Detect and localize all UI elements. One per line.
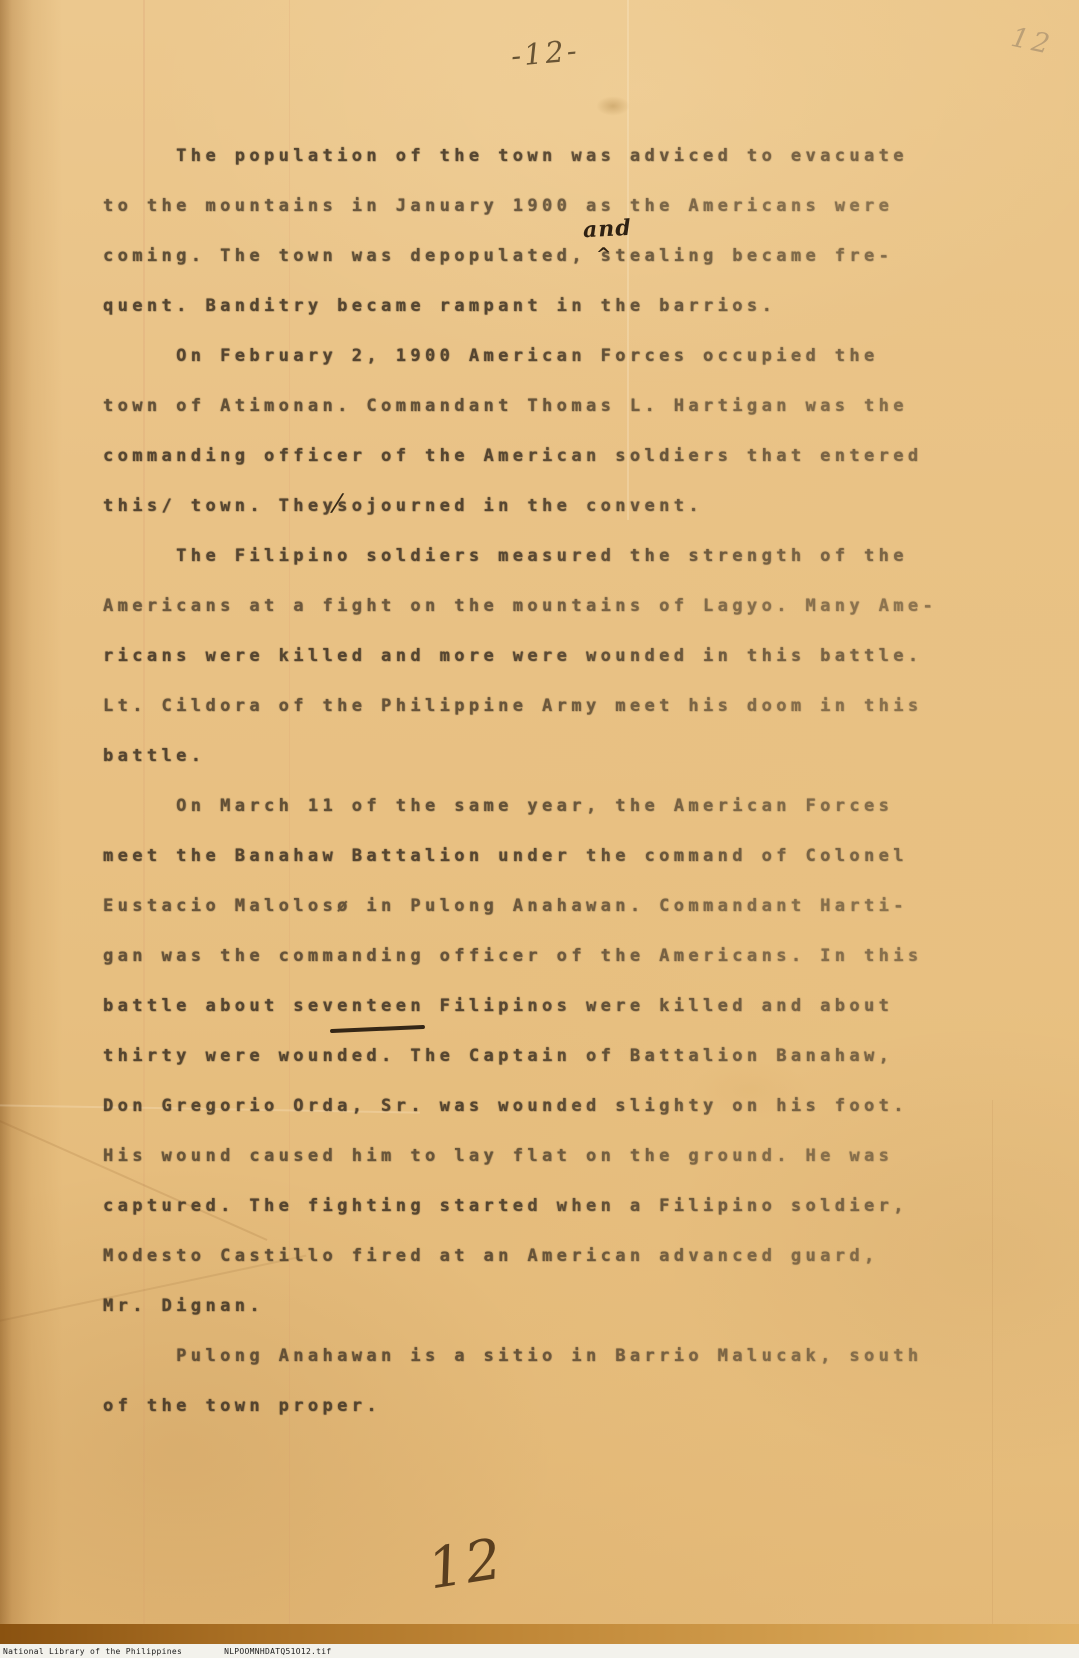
typed-line: Pulong Anahawan is a sitio in Barrio Mal… (103, 1331, 1003, 1381)
typed-line: quent. Banditry became rampant in the ba… (103, 281, 1003, 331)
typed-line: His wound caused him to lay flat on the … (103, 1131, 1003, 1181)
typed-line: meet the Banahaw Battalion under the com… (103, 831, 1003, 881)
handwritten-insertion-word: and (582, 215, 632, 244)
penciled-page-number-top-right: 12 (1008, 22, 1056, 61)
typed-line: Don Gregorio Orda, Sr. was wounded sligh… (103, 1081, 1003, 1131)
typed-line: Modesto Castillo fired at an American ad… (103, 1231, 1003, 1281)
typed-line: coming. The town was depopulated, steali… (103, 231, 1003, 281)
typed-line: Americans at a fight on the mountains of… (103, 581, 1003, 631)
scan-edge-bar (0, 1624, 1079, 1644)
typed-line: thirty were wounded. The Captain of Batt… (103, 1031, 1003, 1081)
handwritten-page-number-top: -12- (510, 33, 581, 73)
typed-line: of the town proper. (103, 1381, 1003, 1431)
typed-line: to the mountains in January 1900 as the … (103, 181, 1003, 231)
archive-library-name: National Library of the Philippines (3, 1647, 182, 1656)
typed-line: The population of the town was adviced t… (103, 131, 1003, 181)
typed-line: captured. The fighting started when a Fi… (103, 1181, 1003, 1231)
archive-footer: National Library of the Philippines NLPO… (0, 1644, 1079, 1658)
typewritten-text-block: The population of the town was adviced t… (103, 131, 1003, 1431)
typed-line: this/ town. Theysojourned in the convent… (103, 481, 1003, 531)
typed-line: gan was the commanding officer of the Am… (103, 931, 1003, 981)
handwritten-insertion-caret: ^ (596, 244, 611, 265)
typed-line: The Filipino soldiers measured the stren… (103, 531, 1003, 581)
typed-line: Eustacio Malolosø in Pulong Anahawan. Co… (103, 881, 1003, 931)
archive-filename: NLPOOMNHDATQ51O12.tif (224, 1647, 331, 1656)
paper-stain (596, 96, 630, 116)
typed-line: ricans were killed and more were wounded… (103, 631, 1003, 681)
typed-line: Mr. Dignan. (103, 1281, 1003, 1331)
typed-line: Lt. Cildora of the Philippine Army meet … (103, 681, 1003, 731)
handwritten-page-number-bottom: 12 (423, 1527, 508, 1603)
typed-line: battle about seventeen Filipinos were ki… (103, 981, 1003, 1031)
typed-line: commanding officer of the American soldi… (103, 431, 1003, 481)
typed-line: On March 11 of the same year, the Americ… (103, 781, 1003, 831)
typed-line: battle. (103, 731, 1003, 781)
scanned-document-page: -12- 12 The population of the town was a… (0, 0, 1079, 1658)
typed-line: town of Atimonan. Commandant Thomas L. H… (103, 381, 1003, 431)
typed-line: On February 2, 1900 American Forces occu… (103, 331, 1003, 381)
